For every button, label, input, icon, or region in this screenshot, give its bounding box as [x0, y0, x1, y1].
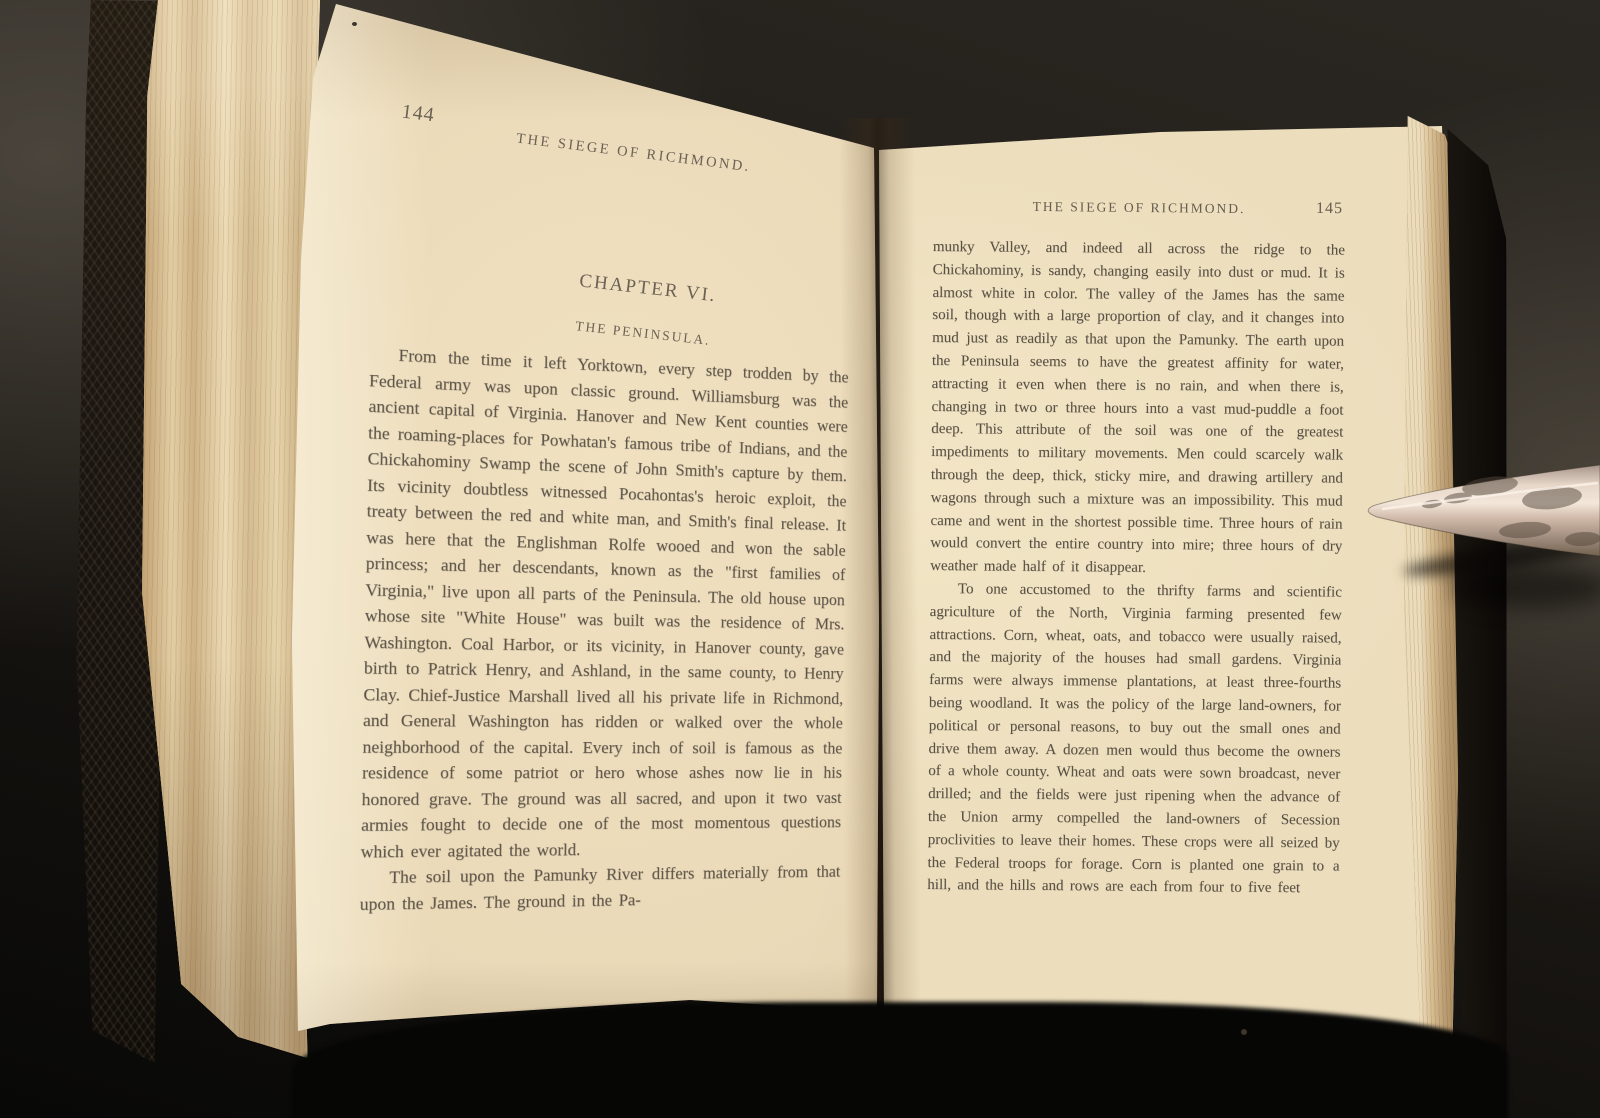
right-page-paragraph-2: To one accustomed to the thrifty farms a… — [927, 578, 1342, 901]
right-page-paragraph-1: munky Valley, and indeed all across the … — [930, 236, 1345, 582]
page-edges-left — [142, 0, 320, 1058]
right-page-text: munky Valley, and indeed all across the … — [927, 236, 1345, 901]
book-photo-scene: 144 THE SIEGE OF RICHMOND. CHAPTER VI. T… — [0, 0, 1600, 1118]
right-page-header: THE SIEGE OF RICHMOND. 145 — [933, 194, 1345, 224]
ink-speck — [1241, 1029, 1247, 1035]
letter-opener — [1340, 442, 1600, 582]
left-page-text: From the time it left Yorktown, every st… — [360, 341, 849, 917]
right-page-number: 145 — [1316, 200, 1343, 218]
right-running-title: THE SIEGE OF RICHMOND. — [933, 198, 1345, 218]
book-bottom-shadow — [292, 1002, 1508, 1118]
left-page-paragraph-2: The soil upon the Pamunky River differs … — [360, 859, 841, 917]
left-page-paragraph-1: From the time it left Yorktown, every st… — [360, 341, 848, 865]
ink-speck — [352, 22, 357, 26]
book-gutter-shadow — [839, 118, 921, 1031]
